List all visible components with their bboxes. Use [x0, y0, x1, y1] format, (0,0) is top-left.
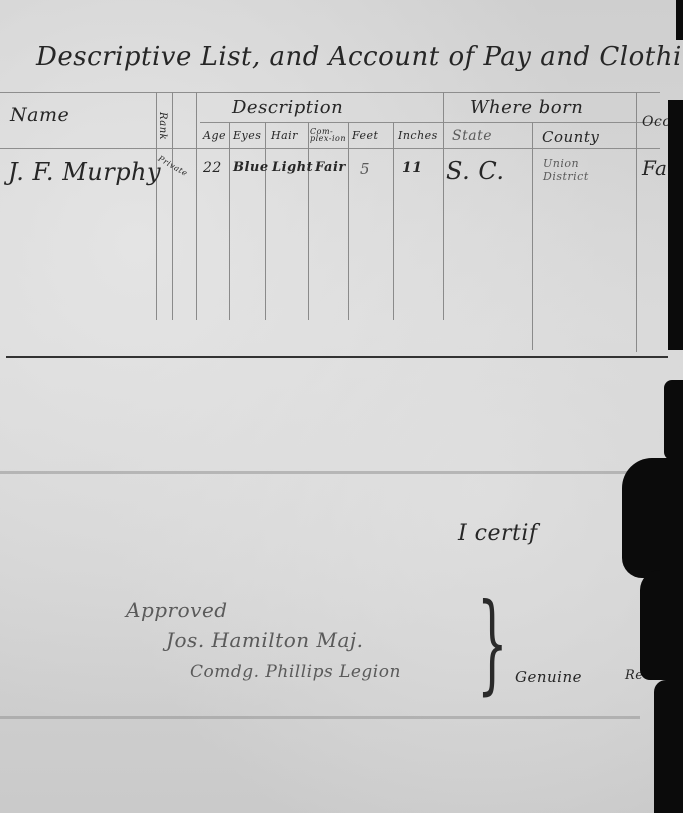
header-name: Name	[10, 104, 69, 126]
endorsement-genuine: Genuine	[515, 668, 582, 686]
cell-complexion: Fair	[315, 160, 346, 175]
cell-county: Union District	[543, 157, 593, 183]
header-hair: Hair	[271, 129, 298, 142]
header-state: State	[452, 128, 492, 144]
document-page: Descriptive List, and Account of Pay and…	[0, 0, 683, 813]
subheader-rule	[200, 122, 660, 123]
col-divider	[636, 92, 637, 352]
cell-occupation: Fa	[642, 156, 667, 180]
header-complexion: Com-plex-ion	[310, 128, 346, 142]
approval-line-2: Jos. Hamilton Maj.	[166, 628, 363, 652]
torn-edge	[676, 0, 683, 40]
torn-edge	[668, 100, 683, 350]
torn-edge	[654, 680, 683, 813]
approval-line-3: Comdg. Phillips Legion	[190, 662, 401, 682]
header-rank: Rank	[157, 112, 168, 140]
col-divider	[532, 122, 533, 350]
cell-state: S. C.	[446, 157, 504, 185]
cell-name: J. F. Murphy	[8, 158, 161, 186]
cell-feet: 5	[360, 160, 370, 178]
header-county: County	[542, 128, 599, 146]
col-divider	[443, 92, 444, 320]
header-eyes: Eyes	[233, 129, 261, 142]
col-divider	[393, 122, 394, 320]
table-end-rule	[6, 356, 668, 358]
col-divider	[308, 122, 309, 320]
torn-edge	[640, 570, 683, 680]
torn-edge	[664, 380, 683, 460]
header-inches: Inches	[398, 129, 438, 142]
col-divider	[265, 122, 266, 320]
col-divider	[229, 122, 230, 320]
col-divider	[348, 122, 349, 320]
cell-eyes: Blue	[233, 160, 269, 175]
certification-text: I certif	[458, 521, 538, 546]
col-divider	[172, 92, 173, 320]
torn-edge	[622, 458, 683, 578]
header-feet: Feet	[352, 129, 378, 142]
header-bottom-rule	[0, 148, 660, 149]
paper-fold	[0, 716, 640, 719]
cell-hair: Light	[272, 160, 313, 175]
cell-inches: 11	[402, 160, 422, 176]
header-where-born: Where born	[470, 97, 583, 118]
document-title: Descriptive List, and Account of Pay and…	[36, 42, 683, 72]
cell-age: 22	[203, 160, 222, 176]
col-divider	[196, 92, 197, 320]
table-top-rule	[0, 92, 660, 93]
header-description: Description	[232, 97, 343, 118]
paper-fold	[0, 471, 640, 474]
approval-line-1: Approved	[126, 598, 228, 622]
header-age: Age	[203, 129, 226, 142]
brace-mark: }	[477, 590, 508, 698]
